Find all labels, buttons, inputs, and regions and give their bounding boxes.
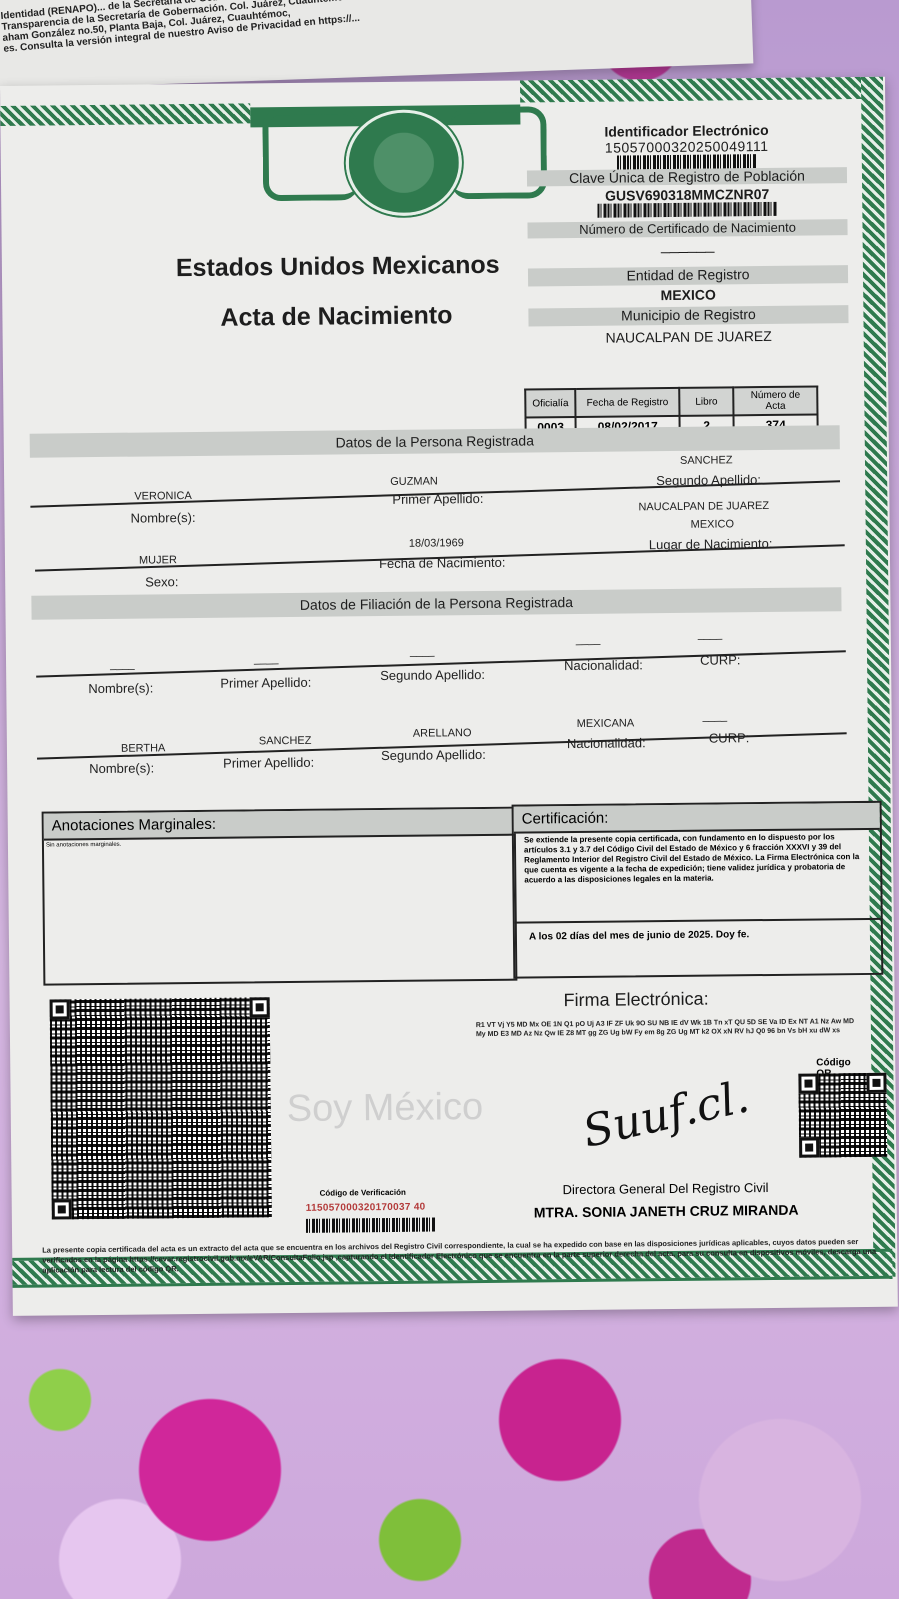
parent1-second-surname-label: Segundo Apellido: (380, 667, 485, 683)
parent1-curp-label: CURP: (700, 652, 741, 667)
certification-date: A los 02 días del mes de junio de 2025. … (515, 918, 881, 951)
signature-hash: R1 VT Vj Y5 MD Mx OE 1N Q1 pO Uj A3 IF Z… (476, 1017, 856, 1039)
table-header: Número de Acta (733, 386, 817, 415)
qr-finder-icon (866, 1073, 886, 1093)
first-surname-label: Primer Apellido: (392, 491, 483, 507)
watermark: Soy México (287, 1086, 484, 1131)
section-filiation: Datos de Filiación de la Persona Registr… (31, 587, 841, 619)
parent2-second-surname-label: Segundo Apellido: (381, 747, 486, 763)
barcode-icon (597, 202, 777, 218)
certification-text: Se extiende la presente copia certificad… (514, 830, 881, 922)
document-title: Acta de Nacimiento (220, 301, 452, 332)
border-decoration (0, 103, 250, 126)
parent2-curp-value: ____ (703, 710, 728, 722)
large-qr-code (50, 997, 272, 1219)
barcode-icon (306, 1217, 436, 1232)
certification-box: Certificación: Se extiende la presente c… (512, 801, 884, 979)
parent2-name-label: Nombre(s): (89, 760, 154, 776)
sex-label: Sexo: (145, 574, 178, 589)
parent2-second-surname-value: ARELLANO (413, 727, 472, 740)
second-surname-label: Segundo Apellido: (656, 472, 761, 488)
parent1-name-value: ____ (110, 659, 135, 671)
small-qr-code (798, 1073, 887, 1158)
parent2-nationality-label: Nacionalidad: (567, 735, 646, 751)
crest-ornament-icon (262, 108, 359, 201)
entity-label: Entidad de Registro (528, 265, 848, 284)
municipality-value: NAUCALPAN DE JUAREZ (529, 327, 849, 346)
table-header: Libro (679, 387, 733, 416)
table-header: Oficialía (525, 389, 575, 418)
parent1-name-label: Nombre(s): (88, 680, 153, 696)
handwritten-signature-icon: Suuf.cl. (578, 1071, 753, 1157)
background-paper-text: Identidad (RENAPO)... de la Secretaría d… (0, 0, 360, 55)
parent2-first-surname-label: Primer Apellido: (223, 755, 314, 771)
marginal-notes-box: Anotaciones Marginales: Sin anotaciones … (42, 807, 518, 986)
verification-code: 115057000320170037 40 (306, 1202, 426, 1214)
signatory-name: MTRA. SONIA JANETH CRUZ MIRANDA (534, 1202, 799, 1221)
electronic-id-value: 15057000320250049111 (527, 137, 847, 156)
municipality-band: Municipio de Registro (528, 305, 848, 326)
barcode-icon (617, 154, 757, 169)
birth-cert-value: ______ (528, 235, 848, 256)
parent2-first-surname-value: SANCHEZ (259, 735, 312, 748)
parent1-first-surname-value: ____ (254, 653, 279, 665)
birthplace-label: Lugar de Nacimiento: (649, 536, 773, 552)
section-registered-person: Datos de la Persona Registrada (30, 425, 840, 457)
dob-value: 18/03/1969 (409, 537, 464, 550)
table-header: Fecha de Registro (575, 388, 679, 417)
parent1-nationality-value: ____ (576, 634, 601, 646)
name-label: Nombre(s): (130, 510, 195, 526)
first-surname-value: GUZMAN (390, 475, 438, 487)
parent1-first-surname-label: Primer Apellido: (220, 675, 311, 691)
country-title: Estados Unidos Mexicanos (176, 251, 500, 283)
signatory-title: Directora General Del Registro Civil (563, 1180, 769, 1197)
second-surname-value: SANCHEZ (680, 454, 733, 467)
entity-band: Entidad de Registro (528, 265, 848, 286)
dob-label: Fecha de Nacimiento: (379, 555, 506, 571)
qr-finder-icon (798, 1073, 818, 1093)
parent2-curp-label: CURP: (709, 730, 750, 745)
certification-title: Certificación: (514, 803, 880, 834)
curp-label-band: Clave Única de Registro de Población (527, 167, 847, 186)
qr-finder-icon (799, 1137, 819, 1157)
curp-block: GUSV690318MMCZNR07 (527, 185, 847, 223)
parent2-nationality-value: MEXICANA (577, 717, 635, 730)
curp-label: Clave Única de Registro de Población (527, 167, 847, 186)
qr-finder-icon (50, 999, 70, 1019)
national-seal-icon (345, 109, 462, 216)
birthplace-state-value: MEXICO (691, 518, 735, 530)
municipality-label: Municipio de Registro (528, 305, 848, 324)
parent1-curp-value: ____ (698, 628, 723, 640)
qr-finder-icon (250, 997, 270, 1017)
parent1-nationality-label: Nacionalidad: (564, 657, 643, 673)
birthplace-city-value: NAUCALPAN DE JUAREZ (638, 500, 769, 513)
parent1-second-surname-value: ____ (410, 645, 435, 657)
signature-title: Firma Electrónica: (563, 989, 708, 1012)
entity-value: MEXICO (528, 285, 848, 304)
qr-finder-icon (52, 1199, 72, 1219)
verification-label: Código de Verificación (320, 1188, 406, 1198)
birth-certificate: Estados Unidos Mexicanos Acta de Nacimie… (0, 77, 898, 1316)
border-decoration (520, 77, 880, 103)
curp-value: GUSV690318MMCZNR07 (527, 185, 847, 204)
